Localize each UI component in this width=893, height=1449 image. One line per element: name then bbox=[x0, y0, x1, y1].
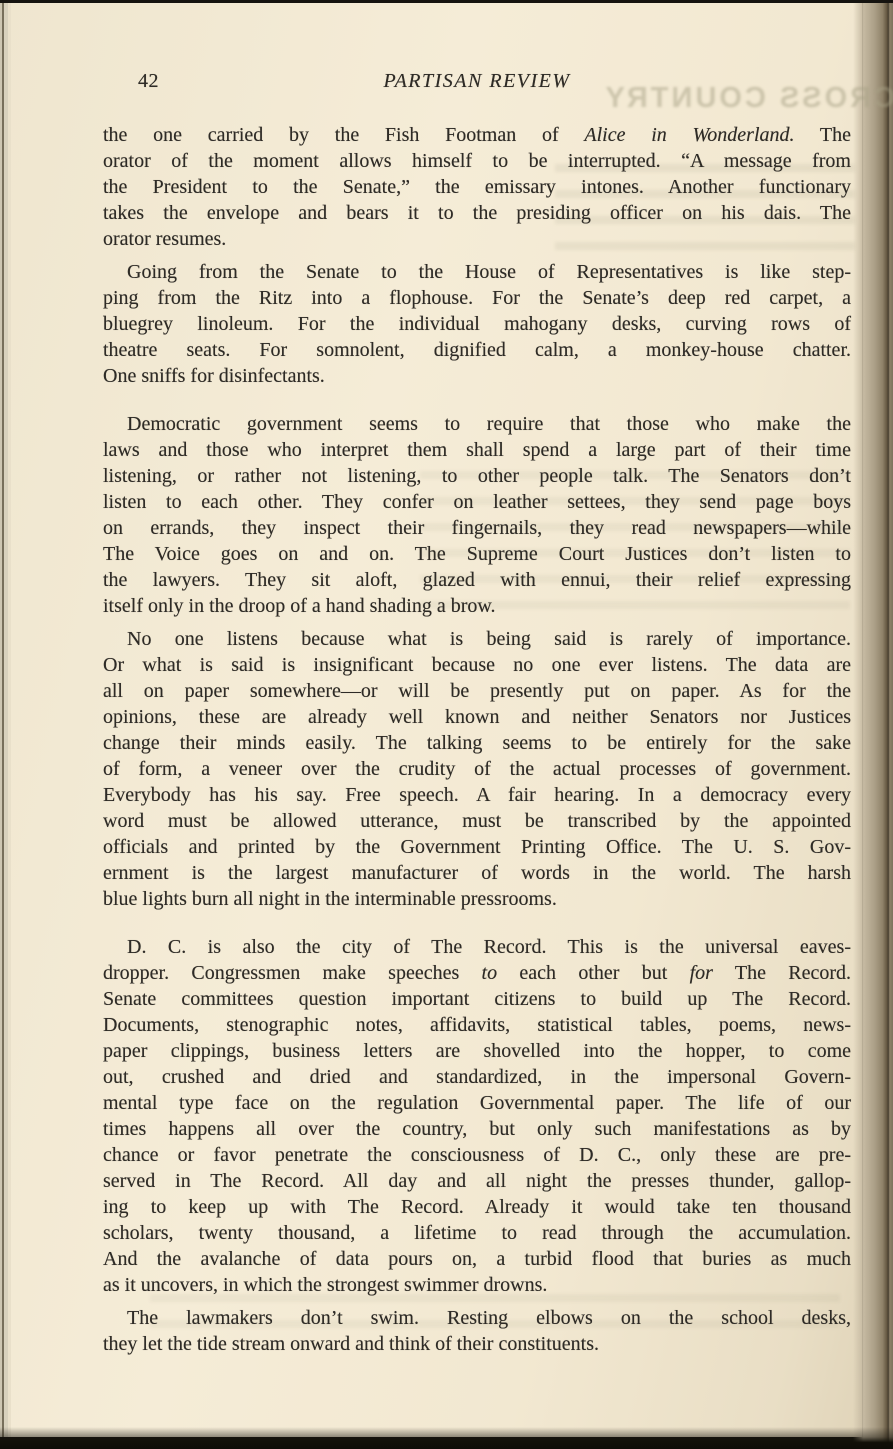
text-line: itself only in the droop of a hand shadi… bbox=[103, 593, 851, 619]
verso-bleedthrough-title: CROSS COUNTRY bbox=[585, 82, 893, 115]
text-line: takes the envelope and bears it to the p… bbox=[103, 200, 851, 226]
text-line: Senate committees question important cit… bbox=[103, 986, 851, 1012]
page-edge-left bbox=[0, 3, 13, 1437]
text-line: chance or favor penetrate the consciousn… bbox=[103, 1142, 851, 1168]
text-line: Going from the Senate to the House of Re… bbox=[103, 259, 851, 285]
text-line: times happens all over the country, but … bbox=[103, 1116, 851, 1142]
text-line: they let the tide stream onward and thin… bbox=[103, 1331, 851, 1357]
text-line: the one carried by the Fish Footman of A… bbox=[103, 122, 851, 148]
text-line: orator of the moment allows himself to b… bbox=[103, 148, 851, 174]
text-line: The lawmakers don’t swim. Resting elbows… bbox=[103, 1305, 851, 1331]
text-line: the lawyers. They sit aloft, glazed with… bbox=[103, 567, 851, 593]
text-line: as it uncovers, in which the strongest s… bbox=[103, 1272, 851, 1298]
text-line: on errands, they inspect their fingernai… bbox=[103, 515, 851, 541]
text-line: officials and printed by the Government … bbox=[103, 834, 851, 860]
text-line: Everybody has his say. Free speech. A fa… bbox=[103, 782, 851, 808]
paragraph: Going from the Senate to the House of Re… bbox=[103, 259, 851, 389]
paragraph: No one listens because what is being sai… bbox=[103, 626, 851, 912]
text-line: One sniffs for disinfectants. bbox=[103, 363, 851, 389]
text-line: paper clippings, business letters are sh… bbox=[103, 1038, 851, 1064]
text-line: the President to the Senate,” the emissa… bbox=[103, 174, 851, 200]
text-line: served in The Record. All day and all ni… bbox=[103, 1168, 851, 1194]
text-line: of form, a veneer over the crudity of th… bbox=[103, 756, 851, 782]
text-line: change their minds easily. The talking s… bbox=[103, 730, 851, 756]
paragraph: D. C. is also the city of The Record. Th… bbox=[103, 934, 851, 1298]
text-line: mental type face on the regulation Gover… bbox=[103, 1090, 851, 1116]
text-line: dropper. Congressmen make speeches to ea… bbox=[103, 960, 851, 986]
text-line: No one listens because what is being sai… bbox=[103, 626, 851, 652]
paragraph: the one carried by the Fish Footman of A… bbox=[103, 122, 851, 252]
text-line: listen to each other. They confer on lea… bbox=[103, 489, 851, 515]
text-line: laws and those who interpret them shall … bbox=[103, 437, 851, 463]
text-line: Or what is said is insignificant because… bbox=[103, 652, 851, 678]
text-line: ernment is the largest manufacturer of w… bbox=[103, 860, 851, 886]
text-line: bluegrey linoleum. For the individual ma… bbox=[103, 311, 851, 337]
text-line: word must be allowed utterance, must be … bbox=[103, 808, 851, 834]
text-line: Documents, stenographic notes, affidavit… bbox=[103, 1012, 851, 1038]
text-line: ing to keep up with The Record. Already … bbox=[103, 1194, 851, 1220]
text-line: And the avalanche of data pours on, a tu… bbox=[103, 1246, 851, 1272]
text-line: all on paper somewhere—or will be presen… bbox=[103, 678, 851, 704]
scanned-book-page: CROSS COUNTRY 42 PARTISAN REVIEW the one… bbox=[0, 0, 893, 1449]
body-text-block: the one carried by the Fish Footman of A… bbox=[103, 122, 851, 1364]
text-line: out, crushed and dried and standardized,… bbox=[103, 1064, 851, 1090]
text-line: orator resumes. bbox=[103, 226, 851, 252]
text-line: Democratic government seems to require t… bbox=[103, 411, 851, 437]
text-line: theatre seats. For somnolent, dignified … bbox=[103, 337, 851, 363]
text-line: ping from the Ritz into a flophouse. For… bbox=[103, 285, 851, 311]
paragraph: Democratic government seems to require t… bbox=[103, 411, 851, 619]
text-line: The Voice goes on and on. The Supreme Co… bbox=[103, 541, 851, 567]
scan-edge-top bbox=[0, 0, 893, 3]
page-edge-right bbox=[853, 0, 893, 1449]
text-line: D. C. is also the city of The Record. Th… bbox=[103, 934, 851, 960]
text-line: listening, or rather not listening, to o… bbox=[103, 463, 851, 489]
scan-edge-bottom bbox=[0, 1427, 893, 1449]
text-line: blue lights burn all night in the interm… bbox=[103, 886, 851, 912]
paragraph: The lawmakers don’t swim. Resting elbows… bbox=[103, 1305, 851, 1357]
text-line: scholars, twenty thousand, a lifetime to… bbox=[103, 1220, 851, 1246]
text-line: opinions, these are already well known a… bbox=[103, 704, 851, 730]
